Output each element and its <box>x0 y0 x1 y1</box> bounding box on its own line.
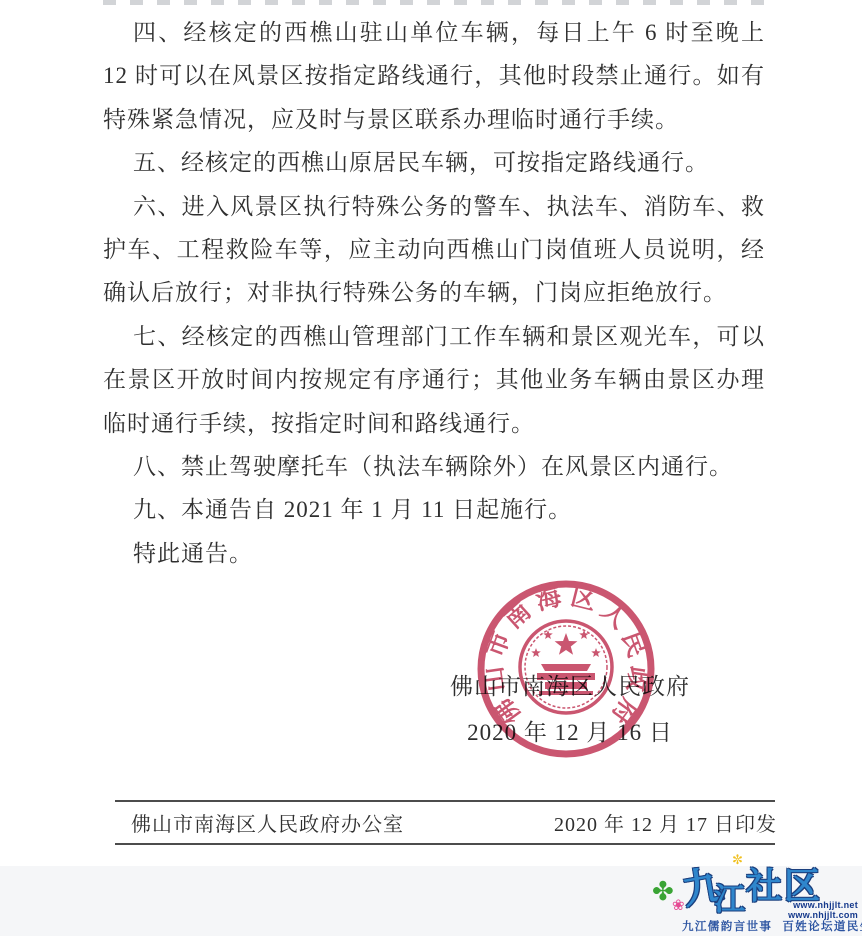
footer-rule-bottom <box>115 843 775 845</box>
clover-icon: ✤ <box>652 876 674 907</box>
paragraph-5: 五、经核定的西樵山原居民车辆，可按指定路线通行。 <box>103 141 765 184</box>
logo-urls: www.nhjjlt.net www.nhjjlt.com <box>788 900 858 920</box>
paragraph-8: 八、禁止驾驶摩托车（执法车辆除外）在风景区内通行。 <box>103 445 765 488</box>
svg-text:政: 政 <box>622 665 653 694</box>
national-emblem-icon <box>520 621 612 713</box>
paragraph-9: 九、本通告自 2021 年 1 月 11 日起施行。 <box>103 488 765 531</box>
svg-text:南: 南 <box>499 597 536 635</box>
notice-body: 四、经核定的西樵山驻山单位车辆，每日上午 6 时至晚上 12 时可以在风景区按指… <box>103 11 765 575</box>
cropped-previous-line <box>103 0 765 5</box>
logo-tagline-right: 百姓论坛道民生 <box>782 921 862 933</box>
paragraph-6: 六、进入风景区执行特殊公务的警车、执法车、消防车、救护车、工程救险车等，应主动向… <box>103 185 765 315</box>
closing-line: 特此通告。 <box>103 532 765 575</box>
seal-ring-text: 佛 山 市 南 海 区 人 民 政 府 <box>479 582 653 730</box>
logo-char-jiang: 江 <box>714 874 745 919</box>
paragraph-7: 七、经核定的西樵山管理部门工作车辆和景区观光车，可以在景区开放时间内按规定有序通… <box>103 315 765 445</box>
colophon: 佛山市南海区人民政府办公室 2020 年 12 月 17 日印发 <box>115 808 777 837</box>
svg-text:人: 人 <box>596 597 633 635</box>
official-seal: 佛 山 市 南 海 区 人 民 政 府 <box>473 576 659 762</box>
svg-text:府: 府 <box>606 693 644 730</box>
flower-icon: ❀ <box>672 896 685 914</box>
logo-url-net: www.nhjjlt.net <box>788 900 858 910</box>
forum-watermark-logo: ✤ ❀ ✼ 九 江 社区 www.nhjjlt.net www.nhjjlt.c… <box>648 856 860 934</box>
paragraph-4: 四、经核定的西樵山驻山单位车辆，每日上午 6 时至晚上 12 时可以在风景区按指… <box>103 11 765 141</box>
footer-rule-top <box>115 800 775 802</box>
svg-text:佛: 佛 <box>489 693 526 730</box>
issuing-office: 佛山市南海区人民政府办公室 <box>115 808 404 837</box>
logo-tagline: 九江儒韵言世事百姓论坛道民生 <box>682 918 862 934</box>
logo-tagline-left: 九江儒韵言世事 <box>682 921 772 933</box>
sparkle-icon: ✼ <box>732 852 743 868</box>
svg-text:山: 山 <box>479 665 510 694</box>
svg-text:区: 区 <box>568 583 599 616</box>
print-date: 2020 年 12 月 17 日印发 <box>554 808 777 837</box>
